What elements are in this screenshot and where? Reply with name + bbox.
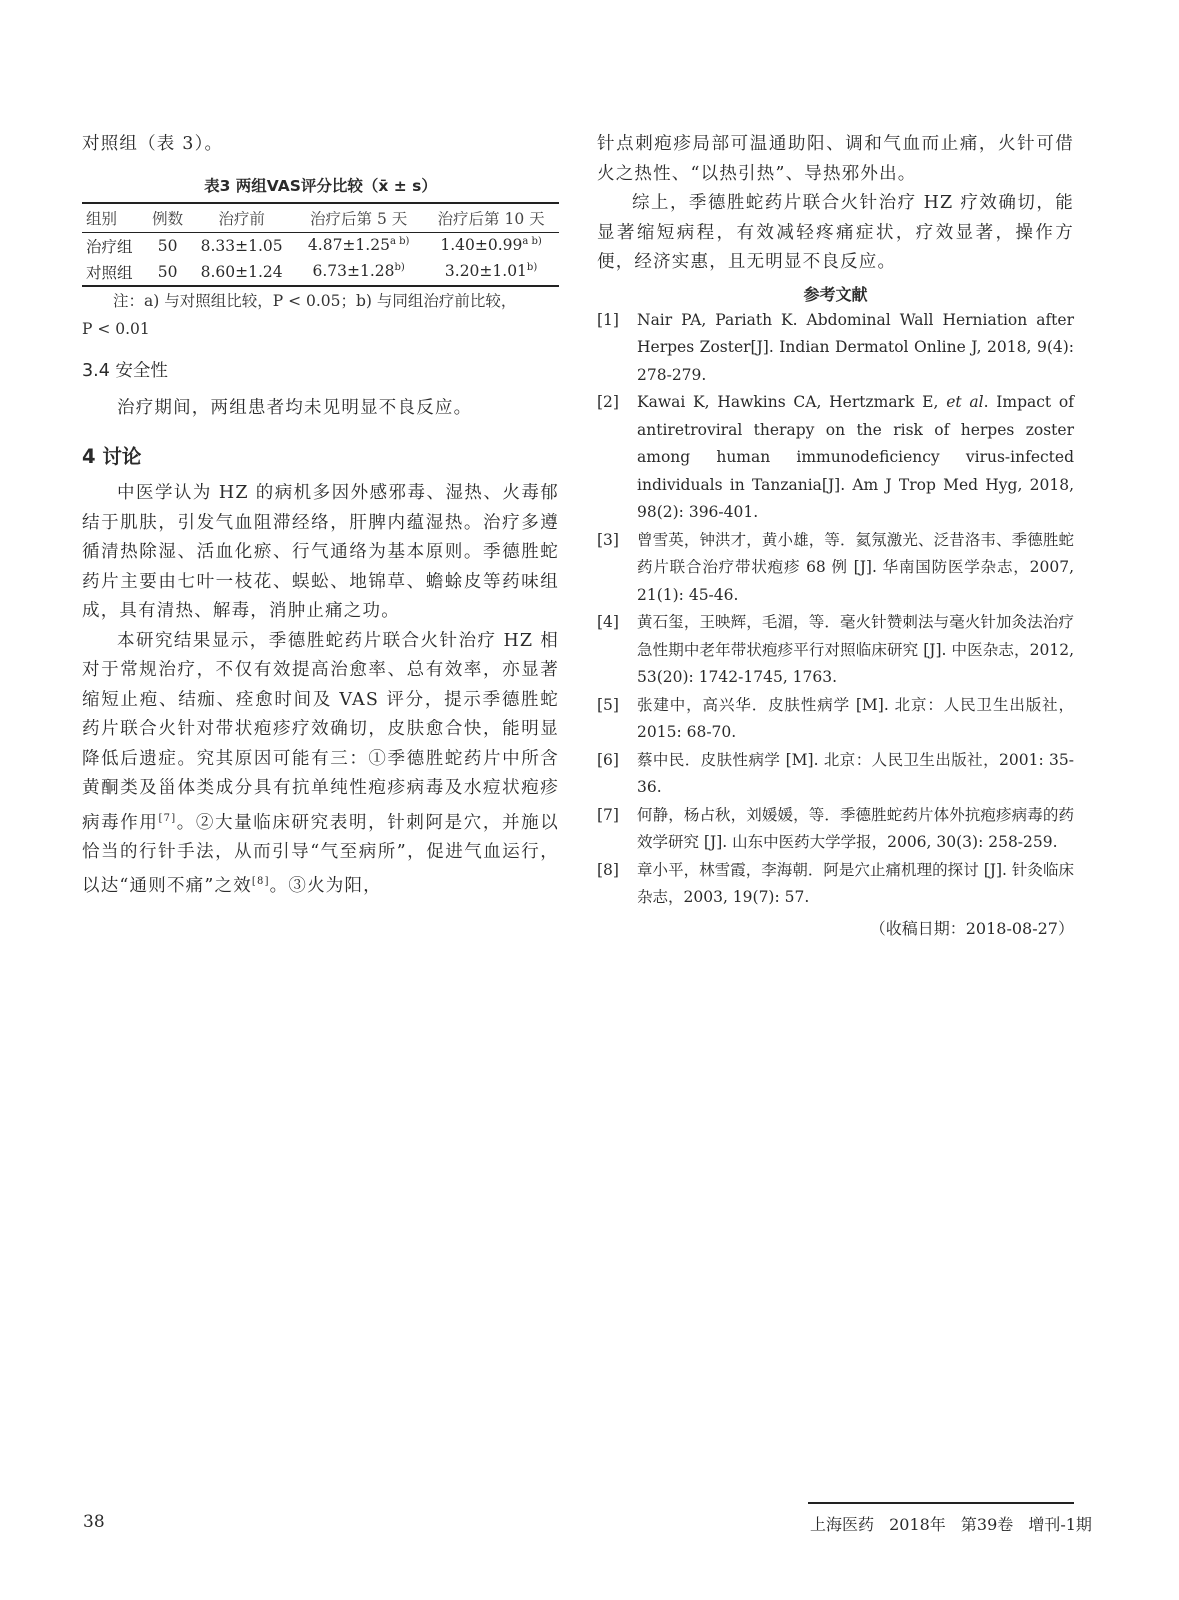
cell-before: 8.60±1.24 bbox=[189, 259, 294, 286]
ref-text: Nair PA, Pariath K. Abdominal Wall Herni… bbox=[637, 307, 1074, 390]
ref-number: [7] bbox=[597, 802, 637, 857]
ref-text-part: . Impact of antiretroviral therapy on th… bbox=[637, 393, 1074, 521]
discussion-para-2: 本研究结果显示，季德胜蛇药片联合火针治疗 HZ 相对于常规治疗，不仅有效提高治愈… bbox=[82, 627, 559, 902]
ref-number: [4] bbox=[597, 609, 637, 692]
ref-number: [5] bbox=[597, 692, 637, 747]
footer-divider bbox=[808, 1502, 1074, 1504]
citation-8: [8] bbox=[252, 876, 270, 887]
ref-text: 章小平，林雪霞，李海朝．阿是穴止痛机理的探讨 [J]. 针灸临床杂志，2003,… bbox=[637, 857, 1074, 912]
table-title: 表3 两组VAS评分比较（x̄ ± s） bbox=[82, 174, 559, 196]
reference-item: [2]Kawai K, Hawkins CA, Hertzmark E, et … bbox=[597, 389, 1074, 527]
col-header-day10: 治疗后第 10 天 bbox=[423, 203, 559, 233]
ref-text: 曾雪英，钟洪才，黄小雄，等．氦氖激光、泛昔洛韦、季德胜蛇药片联合治疗带状疱疹 6… bbox=[637, 527, 1074, 610]
table-note-cont: P < 0.01 bbox=[82, 315, 559, 343]
cell-n: 50 bbox=[146, 259, 189, 286]
reference-item: [4]黄石玺，王映辉，毛湄，等．毫火针赞刺法与毫火针加灸法治疗急性期中老年带状疱… bbox=[597, 609, 1074, 692]
cell-day10: 3.20±1.01b) bbox=[423, 259, 559, 286]
ref-text: 张建中，高兴华．皮肤性病学 [M]. 北京：人民卫生出版社，2015: 68-7… bbox=[637, 692, 1074, 747]
cell-day5-value: 4.87±1.25 bbox=[308, 237, 390, 255]
ref-text: Kawai K, Hawkins CA, Hertzmark E, et al.… bbox=[637, 389, 1074, 527]
reference-item: [7]何静，杨占秋，刘媛媛，等．季德胜蛇药片体外抗疱疹病毒的药效学研究 [J].… bbox=[597, 802, 1074, 857]
right-column: 针点刺疱疹局部可温通助阳、调和气血而止痛，火针可借火之热性、“以热引热”、导热邪… bbox=[597, 130, 1074, 939]
ref-number: [6] bbox=[597, 747, 637, 802]
section-heading-discussion: 4 讨论 bbox=[82, 441, 559, 469]
ref-text: 何静，杨占秋，刘媛媛，等．季德胜蛇药片体外抗疱疹病毒的药效学研究 [J]. 山东… bbox=[637, 802, 1074, 857]
cell-day5: 4.87±1.25a b) bbox=[294, 232, 423, 259]
discussion-para-1: 中医学认为 HZ 的病机多因外感邪毒、湿热、火毒郁结于肌肤，引发气血阻滞经络，肝… bbox=[82, 479, 559, 627]
reference-list: [1]Nair PA, Pariath K. Abdominal Wall He… bbox=[597, 307, 1074, 912]
summary-para: 综上，季德胜蛇药片联合火针治疗 HZ 疗效确切，能显著缩短病程，有效减轻疼痛症状… bbox=[597, 189, 1074, 278]
reference-item: [3]曾雪英，钟洪才，黄小雄，等．氦氖激光、泛昔洛韦、季德胜蛇药片联合治疗带状疱… bbox=[597, 527, 1074, 610]
table-row: 治疗组 50 8.33±1.05 4.87±1.25a b) 1.40±0.99… bbox=[82, 232, 559, 259]
cell-day10-sup: b) bbox=[527, 262, 537, 273]
reference-item: [6]蔡中民．皮肤性病学 [M]. 北京：人民卫生出版社，2001: 35-36… bbox=[597, 747, 1074, 802]
col-header-day5: 治疗后第 5 天 bbox=[294, 203, 423, 233]
safety-text: 治疗期间，两组患者均未见明显不良反应。 bbox=[82, 394, 559, 424]
reference-item: [5]张建中，高兴华．皮肤性病学 [M]. 北京：人民卫生出版社，2015: 6… bbox=[597, 692, 1074, 747]
ref-text: 黄石玺，王映辉，毛湄，等．毫火针赞刺法与毫火针加灸法治疗急性期中老年带状疱疹平行… bbox=[637, 609, 1074, 692]
ref-number: [1] bbox=[597, 307, 637, 390]
cell-day5: 6.73±1.28b) bbox=[294, 259, 423, 286]
ref-number: [3] bbox=[597, 527, 637, 610]
cell-day5-sup: b) bbox=[395, 262, 405, 273]
cell-day10-sup: a b) bbox=[522, 236, 541, 247]
table-header-row: 组别 例数 治疗前 治疗后第 5 天 治疗后第 10 天 bbox=[82, 203, 559, 233]
ref-text-part: Kawai K, Hawkins CA, Hertzmark E, bbox=[637, 393, 946, 411]
ref-text: 蔡中民．皮肤性病学 [M]. 北京：人民卫生出版社，2001: 35-36. bbox=[637, 747, 1074, 802]
col-header-before: 治疗前 bbox=[189, 203, 294, 233]
col-header-n: 例数 bbox=[146, 203, 189, 233]
para-text: 。③火为阳， bbox=[270, 876, 382, 896]
reference-item: [1]Nair PA, Pariath K. Abdominal Wall He… bbox=[597, 307, 1074, 390]
citation-7: [7] bbox=[159, 813, 177, 824]
cell-n: 50 bbox=[146, 232, 189, 259]
intro-line: 对照组（表 3）。 bbox=[82, 130, 559, 160]
cell-before: 8.33±1.05 bbox=[189, 232, 294, 259]
cell-group: 对照组 bbox=[82, 259, 146, 286]
discussion-para-cont: 针点刺疱疹局部可温通助阳、调和气血而止痛，火针可借火之热性、“以热引热”、导热邪… bbox=[597, 130, 1074, 189]
cell-day10: 1.40±0.99a b) bbox=[423, 232, 559, 259]
ref-number: [8] bbox=[597, 857, 637, 912]
col-header-group: 组别 bbox=[82, 203, 146, 233]
journal-info: 上海医药 2018年 第39卷 增刊-1期 bbox=[810, 1512, 1092, 1535]
reference-item: [8]章小平，林雪霞，李海朝．阿是穴止痛机理的探讨 [J]. 针灸临床杂志，20… bbox=[597, 857, 1074, 912]
vas-table: 组别 例数 治疗前 治疗后第 5 天 治疗后第 10 天 治疗组 50 8.33… bbox=[82, 202, 559, 287]
references-title: 参考文献 bbox=[597, 282, 1074, 305]
cell-group: 治疗组 bbox=[82, 232, 146, 259]
section-heading-safety: 3.4 安全性 bbox=[82, 357, 559, 382]
received-date: （收稿日期：2018-08-27） bbox=[597, 916, 1074, 939]
cell-day5-value: 6.73±1.28 bbox=[313, 263, 395, 281]
table-row: 对照组 50 8.60±1.24 6.73±1.28b) 3.20±1.01b) bbox=[82, 259, 559, 286]
page-number: 38 bbox=[83, 1512, 105, 1532]
table-note: 注：a) 与对照组比较，P < 0.05；b) 与同组治疗前比较， bbox=[82, 287, 559, 315]
ref-number: [2] bbox=[597, 389, 637, 527]
cell-day5-sup: a b) bbox=[390, 236, 409, 247]
cell-day10-value: 3.20±1.01 bbox=[445, 263, 527, 281]
para-text: 本研究结果显示，季德胜蛇药片联合火针治疗 HZ 相对于常规治疗，不仅有效提高治愈… bbox=[82, 631, 559, 833]
ref-et-al: et al bbox=[946, 393, 983, 411]
cell-day10-value: 1.40±0.99 bbox=[440, 237, 522, 255]
left-column: 对照组（表 3）。 表3 两组VAS评分比较（x̄ ± s） 组别 例数 治疗前… bbox=[82, 130, 559, 902]
